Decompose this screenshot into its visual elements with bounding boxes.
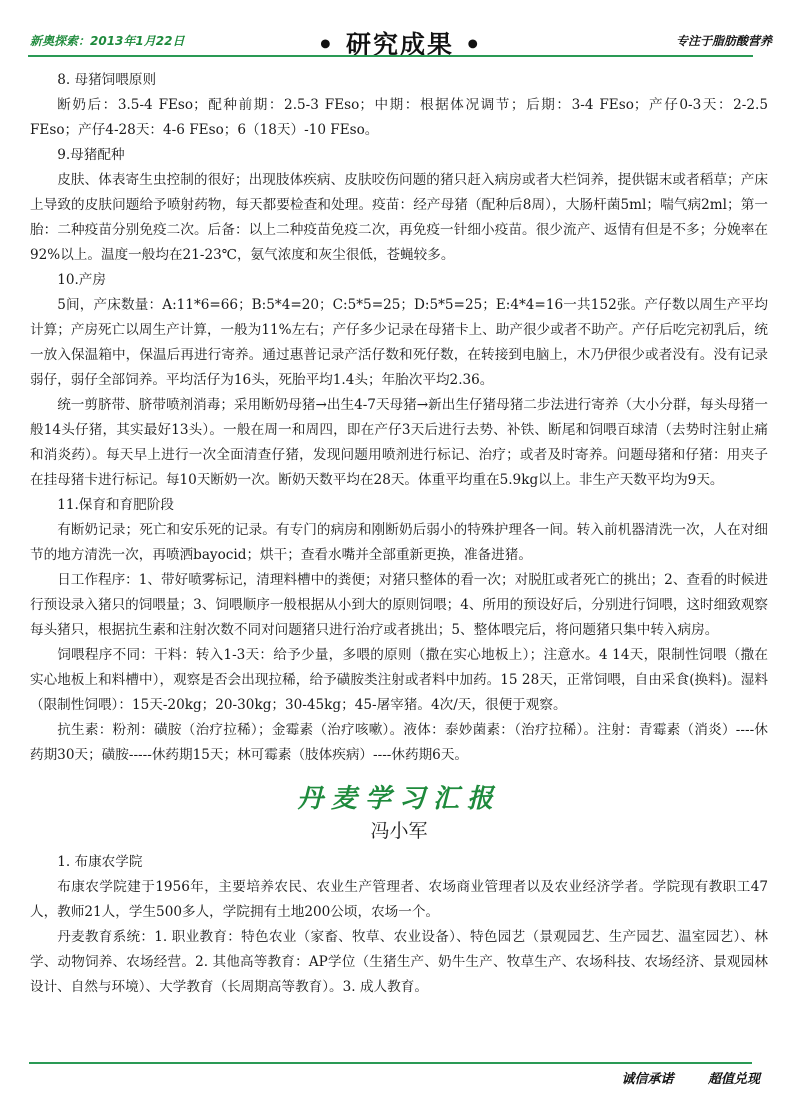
paragraph: 日工作程序：1、带好喷雾标记，清理料槽中的粪便；对猪只整体的看一次；对脱肛或者死… (30, 568, 768, 643)
section-heading: 9.母猪配种 (30, 143, 768, 168)
paragraph: 断奶后：3.5-4 FEso；配种前期：2.5-3 FEso；中期：根据体况调节… (30, 93, 768, 143)
footer-divider (29, 1062, 752, 1064)
paragraph: 皮肤、体表寄生虫控制的很好；出现肢体疾病、皮肤咬伤问题的猪只赶入病房或者大栏饲养… (30, 168, 768, 268)
paragraph: 有断奶记录；死亡和安乐死的记录。有专门的病房和刚断奶后弱小的特殊护理各一间。转入… (30, 518, 768, 568)
article-body: 8. 母猪饲喂原则 断奶后：3.5-4 FEso；配种前期：2.5-3 FEso… (30, 68, 768, 1000)
footer-slogan-left: 诚信承诺 (621, 1072, 673, 1087)
paragraph: 饲喂程序不同：干料：转入1-3天：给予少量，多喂的原则（撒在实心地板上）；注意水… (30, 643, 768, 718)
report-author: 冯小军 (30, 816, 768, 846)
paragraph: 5间，产床数量：A:11*6=66；B:5*4=20；C:5*5=25；D:5*… (30, 293, 768, 393)
paragraph: 丹麦教育系统：1. 职业教育：特色农业（家畜、牧草、农业设备）、特色园艺（景观园… (30, 925, 768, 1000)
paragraph: 布康农学院建于1956年，主要培养农民、农业生产管理者、农场商业管理者以及农业经… (30, 875, 768, 925)
page-footer: 诚信承诺 超值兑现 (621, 1068, 760, 1087)
slogan: 专注于脂肪酸营养 (676, 32, 772, 49)
header-divider (28, 55, 753, 57)
section-heading: 1. 布康农学院 (30, 850, 768, 875)
paragraph: 统一剪脐带、脐带喷剂消毒；采用断奶母猪→出生4-7天母猪→新出生仔猪母猪二步法进… (30, 393, 768, 493)
footer-slogan-right: 超值兑现 (708, 1072, 760, 1087)
section-heading: 10.产房 (30, 268, 768, 293)
report-title: 丹麦学习汇报 (30, 782, 768, 816)
page-header: 新奥探索：2013年1月22日 • 研究成果 • 专注于脂肪酸营养 (0, 0, 800, 60)
section-heading: 11.保育和育肥阶段 (30, 493, 768, 518)
section-heading: 8. 母猪饲喂原则 (30, 68, 768, 93)
paragraph: 抗生素：粉剂：磺胺（治疗拉稀）；金霉素（治疗咳嗽）。液体：泰妙菌素：（治疗拉稀）… (30, 718, 768, 768)
